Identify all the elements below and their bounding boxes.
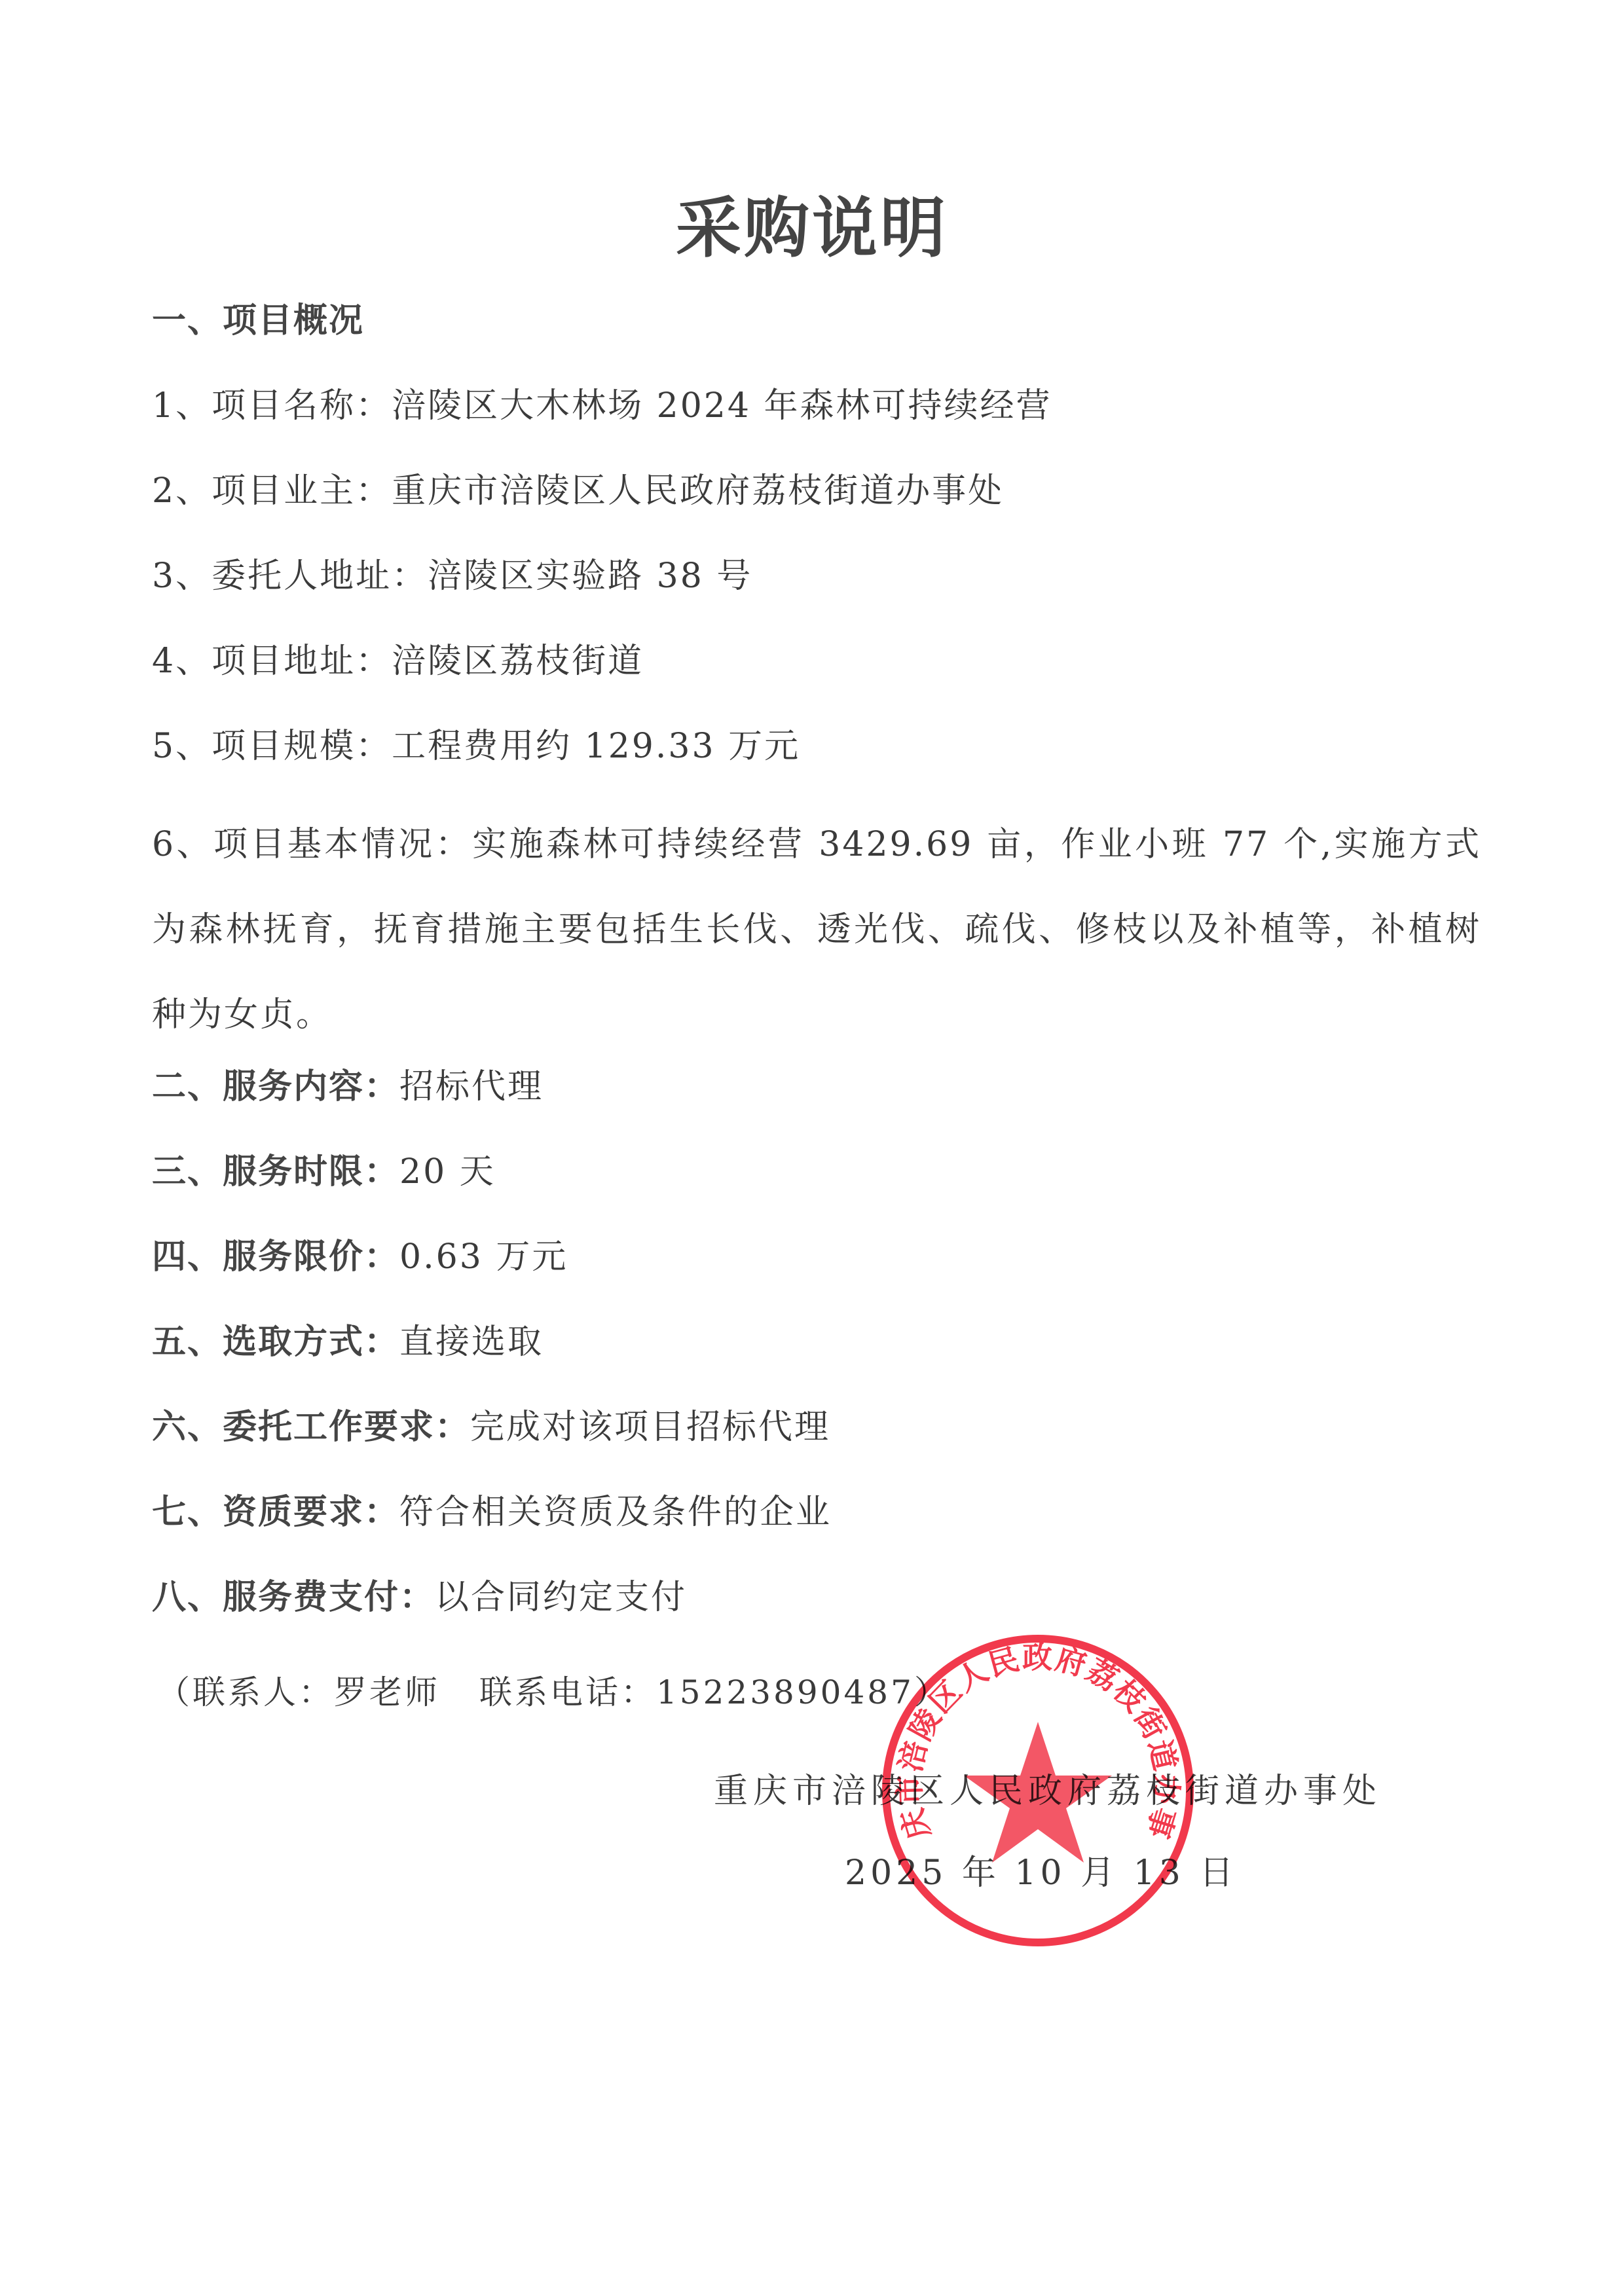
section-work-requirements: 六、委托工作要求：完成对该项目招标代理 xyxy=(152,1408,830,1447)
section-heading-overview: 一、项目概况 xyxy=(152,301,364,340)
item-value: 涪陵区实验路 38 号 xyxy=(428,556,752,596)
section-qualification: 七、资质要求：符合相关资质及条件的企业 xyxy=(152,1493,832,1532)
contact-phone-label: 联系电话： xyxy=(479,1673,656,1711)
section-label: 二、服务内容： xyxy=(152,1067,399,1106)
section-value: 招标代理 xyxy=(399,1067,544,1106)
item-label: 2、项目业主： xyxy=(152,471,392,511)
section-service-price-limit: 四、服务限价：0.63 万元 xyxy=(152,1237,568,1277)
contact-info: （联系人：罗老师联系电话：15223890487） xyxy=(157,1666,950,1713)
section-service-content: 二、服务内容：招标代理 xyxy=(152,1067,544,1106)
contact-person-label: 联系人： xyxy=(193,1673,334,1711)
official-seal-icon: 重庆市涪陵区人民政府荔枝街道办事处 xyxy=(877,1630,1198,1951)
contact-person: 罗老师 xyxy=(334,1673,440,1711)
item-label: 3、委托人地址： xyxy=(152,556,428,596)
item-label: 4、项目地址： xyxy=(152,642,392,681)
overview-item-client-address: 3、委托人地址：涪陵区实验路 38 号 xyxy=(152,556,752,596)
item-value: 重庆市涪陵区人民政府荔枝街道办事处 xyxy=(392,471,1004,511)
item-label: 6、项目基本情况： xyxy=(152,825,472,864)
section-label: 六、委托工作要求： xyxy=(152,1408,470,1447)
section-selection-method: 五、选取方式：直接选取 xyxy=(152,1322,544,1362)
section-label: 五、选取方式： xyxy=(152,1322,399,1362)
section-label: 三、服务时限： xyxy=(152,1152,399,1192)
overview-item-project-address: 4、项目地址：涪陵区荔枝街道 xyxy=(152,642,644,681)
section-label: 四、服务限价： xyxy=(152,1237,399,1277)
item-value: 涪陵区大木林场 2024 年森林可持续经营 xyxy=(392,386,1052,426)
section-value: 以合同约定支付 xyxy=(435,1578,687,1617)
section-value: 0.63 万元 xyxy=(399,1237,568,1277)
item-label: 1、项目名称： xyxy=(152,386,392,426)
overview-item-owner: 2、项目业主：重庆市涪陵区人民政府荔枝街道办事处 xyxy=(152,471,1004,511)
section-label: 七、资质要求： xyxy=(152,1493,399,1532)
overview-item-name: 1、项目名称：涪陵区大木林场 2024 年森林可持续经营 xyxy=(152,386,1052,426)
item-value: 涪陵区荔枝街道 xyxy=(392,642,644,681)
section-fee-payment: 八、服务费支付：以合同约定支付 xyxy=(152,1578,687,1617)
section-value: 符合相关资质及条件的企业 xyxy=(399,1493,832,1532)
section-service-period: 三、服务时限：20 天 xyxy=(152,1152,496,1192)
document-page: 采购说明 一、项目概况 1、项目名称：涪陵区大木林场 2024 年森林可持续经营… xyxy=(0,0,1624,2296)
item-label: 5、项目规模： xyxy=(152,727,392,766)
overview-item-basic-info: 6、项目基本情况：实施森林可持续经营 3429.69 亩，作业小班 77 个,实… xyxy=(152,802,1481,1057)
section-value: 完成对该项目招标代理 xyxy=(470,1408,830,1447)
overview-item-scale: 5、项目规模：工程费用约 129.33 万元 xyxy=(152,727,800,766)
section-value: 20 天 xyxy=(399,1152,496,1192)
item-value: 工程费用约 129.33 万元 xyxy=(392,727,800,766)
contact-phone: 15223890487 xyxy=(656,1673,914,1711)
page-title: 采购说明 xyxy=(0,175,1624,270)
section-label: 八、服务费支付： xyxy=(152,1578,435,1617)
paren-open: （ xyxy=(157,1673,193,1711)
section-value: 直接选取 xyxy=(399,1322,544,1362)
star-icon xyxy=(964,1722,1112,1863)
